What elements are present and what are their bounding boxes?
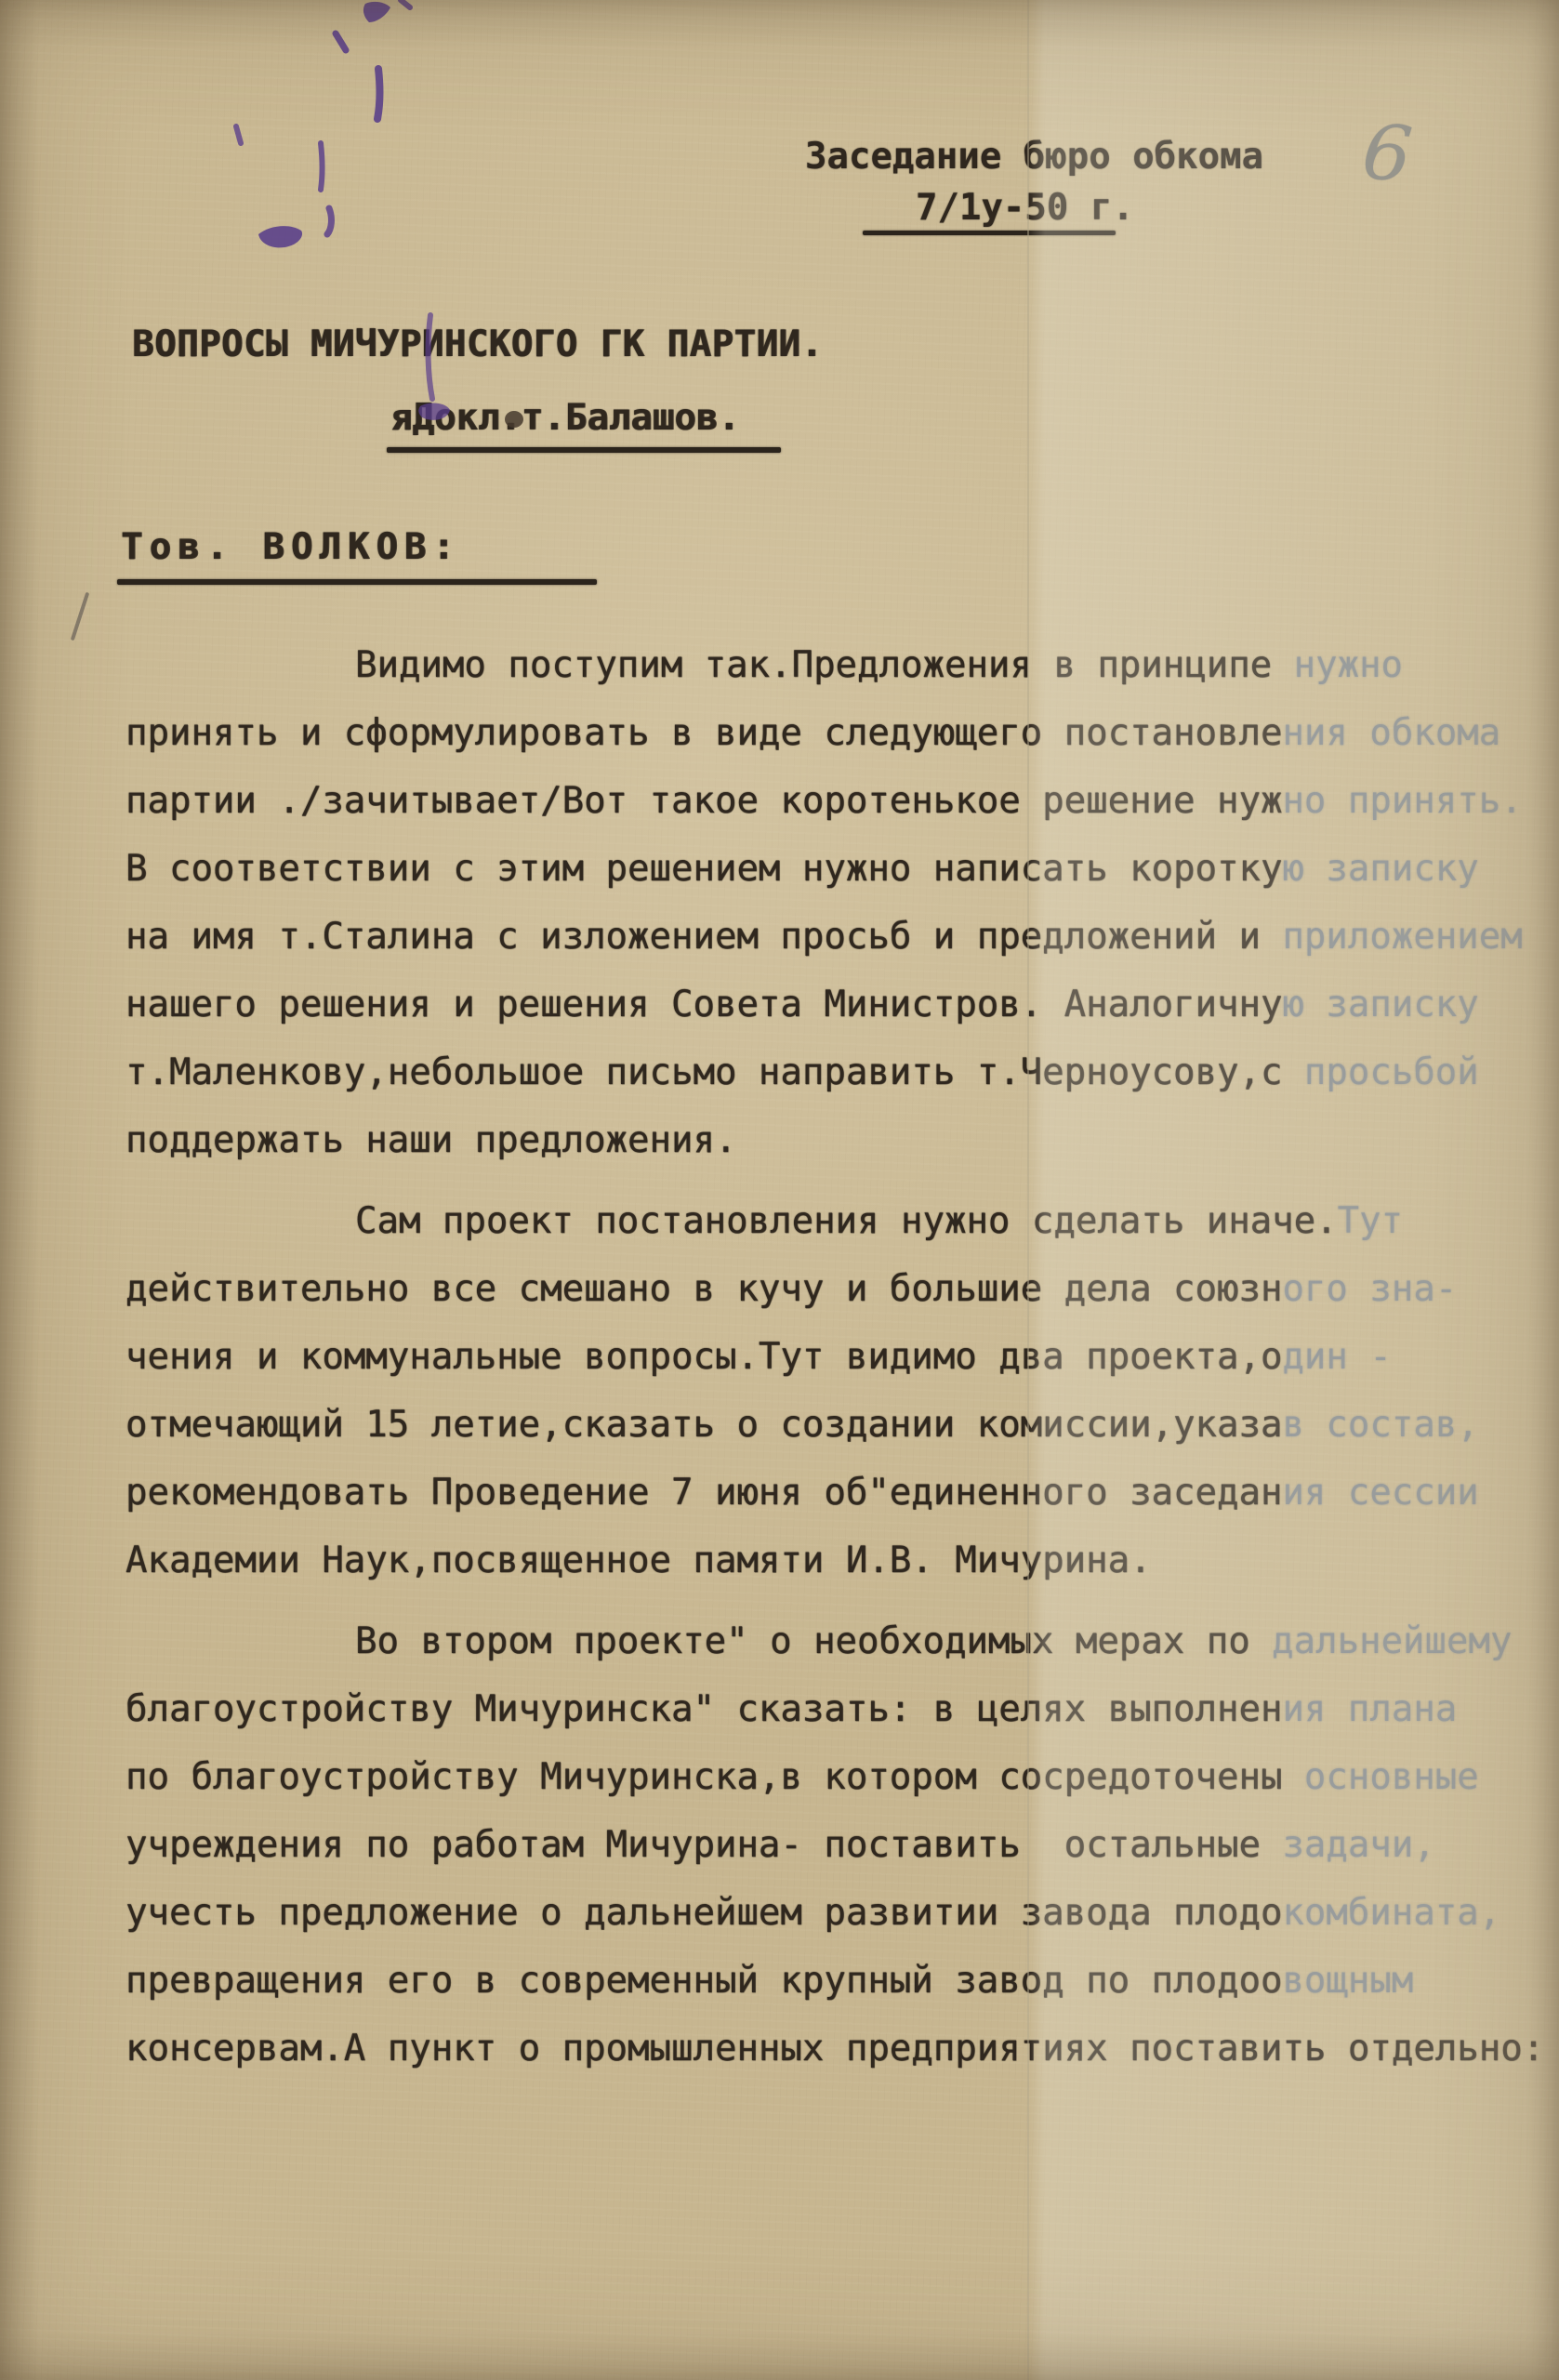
text-line: благоустройству Мичуринска" сказать: в ц…	[126, 1688, 1544, 1756]
text-line: учреждения по работам Мичурина- поставит…	[126, 1824, 1544, 1892]
text-line: по благоустройству Мичуринска,в котором …	[126, 1756, 1544, 1824]
text-line: на имя т.Сталина с изложением просьб и п…	[126, 916, 1544, 984]
text-line: консервам.А пункт о промышленных предпри…	[126, 2028, 1544, 2096]
subtitle-underline	[387, 447, 781, 453]
text-line: принять и сформулировать в виде следующе…	[126, 712, 1544, 780]
text-line: т.Маленкову,небольшое письмо направить т…	[126, 1051, 1544, 1119]
speaker-underline	[117, 579, 597, 585]
document-title: ВОПРОСЫ МИЧУРИНСКОГО ГК ПАРТИИ.	[132, 324, 823, 365]
date-underline	[863, 231, 1116, 235]
handwritten-page-number: 6	[1358, 108, 1416, 201]
text-line: Во втором проекте" о необходимых мерах п…	[126, 1620, 1544, 1688]
text-line: действительно все смешано в кучу и больш…	[126, 1268, 1544, 1336]
document-page: 6 Заседание бюро обкома 7/1у-50 г. ВОПРО…	[0, 0, 1559, 2380]
speaker-name: Тов. ВОЛКОВ:	[121, 526, 461, 568]
text-line: поддержать наши предложения.	[126, 1119, 1544, 1187]
text-line: рекомендовать Проведение 7 июня об"едине…	[126, 1472, 1544, 1540]
text-line: Видимо поступим так.Предложения в принци…	[126, 644, 1544, 712]
purple-ink-marks	[214, 0, 437, 279]
text-line: нашего решения и решения Совета Министро…	[126, 984, 1544, 1051]
text-line: учесть предложение о дальнейшем развитии…	[126, 1892, 1544, 1960]
paragraph: Видимо поступим так.Предложения в принци…	[126, 644, 1544, 1187]
text-line: Сам проект постановления нужно сделать и…	[126, 1200, 1544, 1268]
header-session-title: Заседание бюро обкома	[805, 136, 1263, 178]
typed-body-text: Видимо поступим так.Предложения в принци…	[126, 644, 1544, 2109]
document-subtitle: яДокл.т.Балашов.	[390, 397, 740, 439]
text-line: Академии Наук,посвященное памяти И.В. Ми…	[126, 1540, 1544, 1607]
paragraph: Во втором проекте" о необходимых мерах п…	[126, 1620, 1544, 2096]
header-date: 7/1у-50 г.	[916, 187, 1134, 229]
text-line: отмечающий 15 летие,сказать о создании к…	[126, 1404, 1544, 1472]
text-line: чения и коммунальные вопросы.Тут видимо …	[126, 1336, 1544, 1404]
paragraph: Сам проект постановления нужно сделать и…	[126, 1200, 1544, 1607]
text-line: В соответствии с этим решением нужно нап…	[126, 848, 1544, 916]
text-line: партии ./зачитывает/Вот такое коротенько…	[126, 780, 1544, 848]
text-line: превращения его в современный крупный за…	[126, 1960, 1544, 2028]
pencil-slash-mark	[71, 592, 89, 641]
